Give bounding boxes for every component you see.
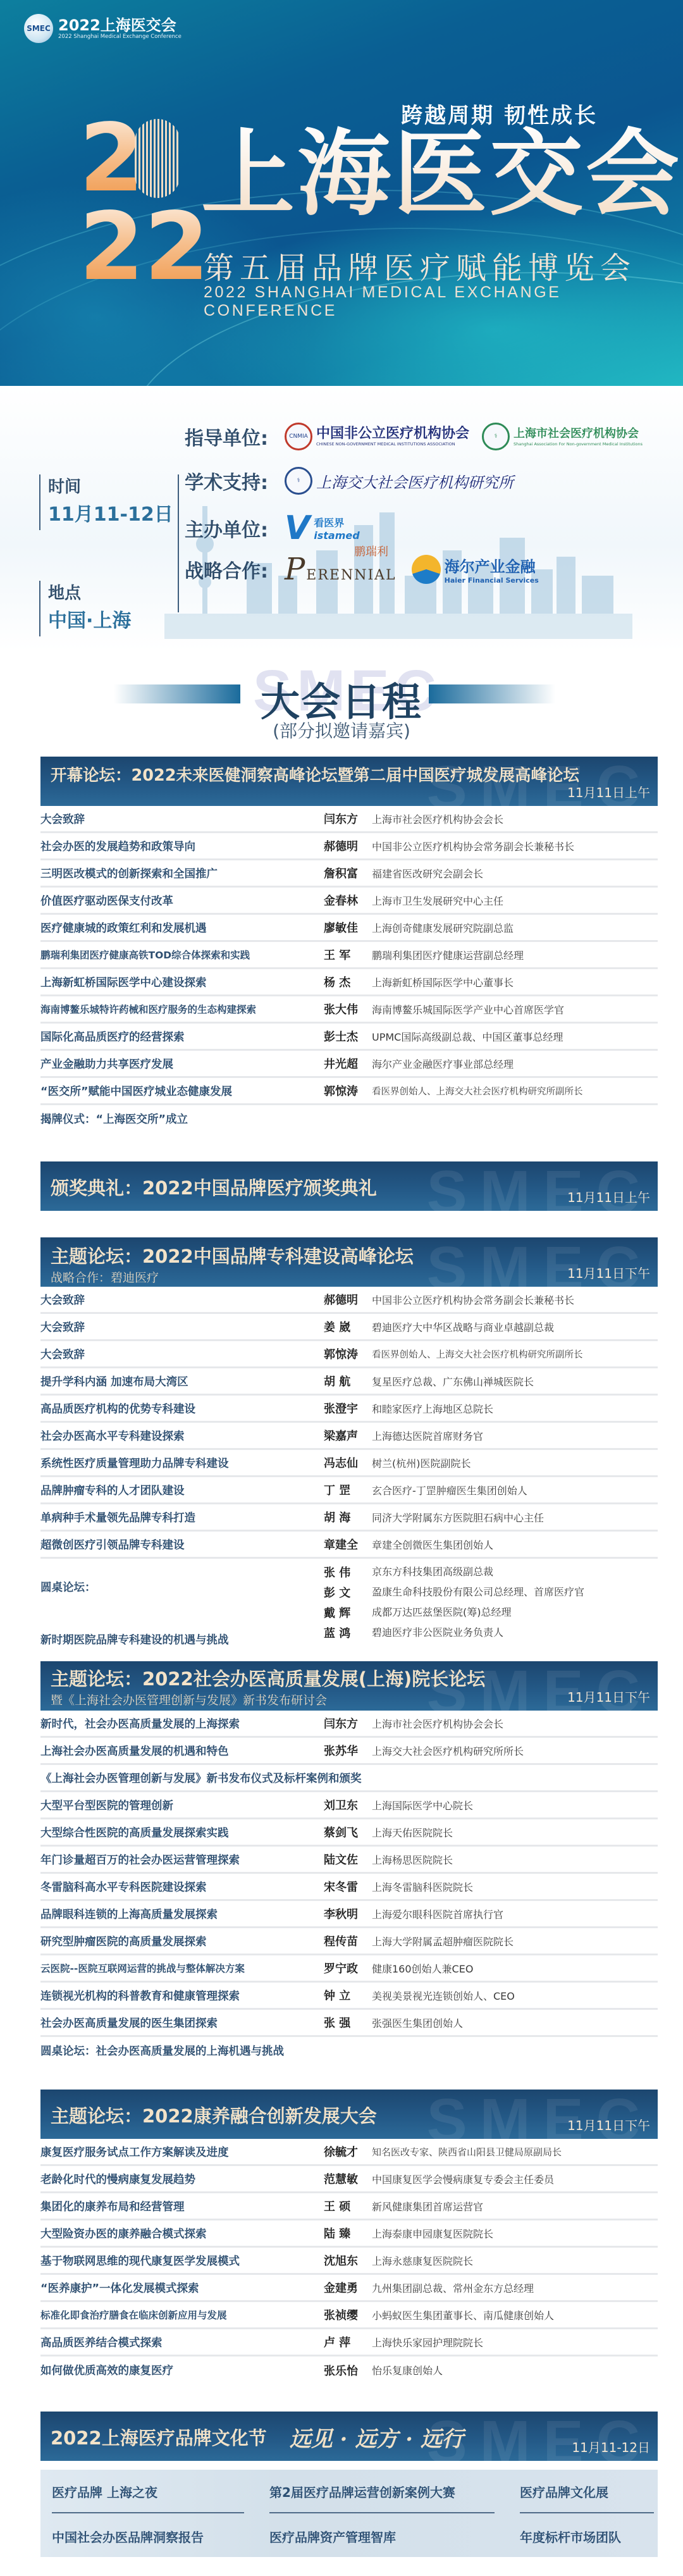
speaker-title: 成都万达匹兹堡医院(筹)总经理: [372, 1604, 512, 1621]
topic: 上海新虹桥国际医学中心建设探索: [40, 974, 324, 990]
agenda-row: 新时代，社会办医高质量发展的上海探索闫东方上海市社会医疗机构协会会长: [40, 1711, 658, 1738]
agenda-row: 年门诊量超百万的社会办医运营管理探索陆文佐上海杨思医院院长: [40, 1847, 658, 1874]
topic: 连锁视光机构的科普教育和健康管理探索: [40, 1988, 324, 2003]
festival-item: 医疗品牌文化展: [520, 2482, 654, 2513]
topic: 超微创医疗引领品牌专科建设: [40, 1537, 324, 1552]
speaker-name: 李秋明: [324, 1905, 372, 1922]
topic: 鹏瑞利集团医疗健康高铁TOD综合体探索和实践: [40, 948, 324, 962]
speaker-name: 张澄宇: [324, 1400, 372, 1416]
speaker-title: 鹏瑞利集团医疗健康运营副总经理: [372, 948, 524, 962]
topic: “医养康护”一体化发展模式探索: [40, 2280, 324, 2296]
speaker-title: 张强医生集团创始人: [372, 2016, 463, 2030]
speaker-title: 中国非公立医疗机构协会常务副会长兼秘书长: [372, 839, 574, 853]
section-header: SMEC 主题论坛：2022社会办医高质量发展(上海)院长论坛 暨《上海社会办医…: [40, 1661, 658, 1711]
topic: 社会办医高质量发展的医生集团探索: [40, 2015, 324, 2031]
guidance-label: 指导单位:: [185, 423, 278, 450]
org-name: 鹏瑞利: [354, 543, 388, 559]
speaker-title: 章建全创微医生集团创始人: [372, 1537, 493, 1552]
section-header: SMEC 主题论坛：2022中国品牌专科建设高峰论坛 战略合作：碧迪医疗 11月…: [40, 1237, 658, 1287]
speaker-name: 蔡剑飞: [324, 1824, 372, 1840]
agenda-row: 超微创医疗引领品牌专科建设章建全章建全创微医生集团创始人: [40, 1532, 658, 1559]
topic: 大型综合性医院的高质量发展探索实践: [40, 1824, 324, 1840]
topic: 集团化的康养布局和经营管理: [40, 2198, 324, 2214]
speaker-name: 程传苗: [324, 1933, 372, 1949]
striped-zero-icon: [135, 119, 180, 198]
place-label: 地点: [48, 581, 173, 606]
topic: 《上海社会办医管理创新与发展》新书发布仪式及标杆案例和颁奖: [40, 1770, 362, 1786]
speaker-name: 罗宁政: [324, 1960, 372, 1976]
speaker-title: 看医界创始人、上海交大社会医疗机构研究所副所长: [372, 1084, 583, 1098]
agenda-row: 连锁视光机构的科普教育和健康管理探索钟 立美视美景视光连锁创始人、CEO: [40, 1983, 658, 2010]
section-rehab-forum: SMEC 主题论坛：2022康养融合创新发展大会 11月11日下午 康复医疗服务…: [40, 2090, 658, 2384]
speaker-title: 碧迪医疗大中华区战略与商业卓越副总裁: [372, 1320, 554, 1334]
section-subtitle: 战略合作：碧迪医疗: [51, 1268, 648, 1285]
festival-item: 医疗品牌资产管理智库: [269, 2527, 495, 2557]
topic: 新时代，社会办医高质量发展的上海探索: [40, 1716, 324, 1731]
speaker-title: 盈康生命科技股份有限公司总经理、首席医疗官: [372, 1584, 584, 1601]
agenda-row: 高品质医养结合模式探索卢 萍上海快乐家园护理院院长: [40, 2329, 658, 2356]
speaker-title: 上海永慈康复医院院长: [372, 2253, 473, 2268]
speaker-name: 彭士杰: [324, 1028, 372, 1044]
speaker-title: 同济大学附属东方医院胆石病中心主任: [372, 1510, 544, 1525]
conference-logo: SMEC 2022上海医交会 2022 Shanghai Medical Exc…: [24, 14, 182, 43]
speaker-name: 张 强: [324, 2014, 372, 2031]
speaker-title: 健康160创始人兼CEO: [372, 1961, 473, 1976]
hero-banner: SMEC 2022上海医交会 2022 Shanghai Medical Exc…: [0, 0, 683, 386]
section-brand-festival: SMEC 2022上海医疗品牌文化节 远见 · 远方 · 远行 11月11-12…: [40, 2412, 658, 2557]
section-dean-forum: SMEC 主题论坛：2022社会办医高质量发展(上海)院长论坛 暨《上海社会办医…: [40, 1661, 658, 2064]
academic-support: 学术支持: ⚕ 上海交大社会医疗机构研究所: [185, 467, 514, 495]
agenda-row: 大会致辞郝德明中国非公立医疗机构协会常务副会长兼秘书长: [40, 1287, 658, 1314]
topic: 年门诊量超百万的社会办医运营管理探索: [40, 1852, 324, 1867]
org-english-name: CHINESE NON-GOVERNMENT MEDICAL INSTITUTI…: [316, 442, 469, 447]
panelist-list: 张 伟京东方科技集团高级副总裁 彭 文盈康生命科技股份有限公司总经理、首席医疗官…: [324, 1564, 584, 1641]
agenda-row: 社会办医的发展趋势和政策导向郝德明中国非公立医疗机构协会常务副会长兼秘书长: [40, 833, 658, 860]
agenda-row: 大会致辞闫东方上海市社会医疗机构协会会长: [40, 806, 658, 833]
topic: 大型平台型医院的管理创新: [40, 1797, 324, 1813]
institute-seal-icon: ⚕: [285, 467, 312, 495]
speaker-name: 胡 海: [324, 1509, 372, 1525]
speaker-title: 福建省医改研究会副会长: [372, 866, 483, 881]
speaker-title: 上海天佑医院院长: [372, 1825, 453, 1840]
speaker-name: 张祯缨: [324, 2307, 372, 2323]
speaker-name: 詹积富: [324, 865, 372, 881]
section-date: 11月11日上午: [567, 783, 650, 801]
host-label: 主办单位:: [185, 514, 278, 542]
topic: 大型险资办医的康养融合模式探索: [40, 2226, 324, 2241]
agenda-row: 《上海社会办医管理创新与发展》新书发布仪式及标杆案例和颁奖: [40, 1765, 658, 1792]
org-english-name: Shanghai Association For Non-government …: [514, 442, 643, 447]
section-date: 11月11日下午: [567, 2115, 650, 2134]
section-date: 11月11-12日: [572, 2437, 650, 2456]
speaker-title: 碧迪医疗非公医院业务负责人: [372, 1625, 503, 1641]
speaker-name: 姜 崴: [324, 1318, 372, 1335]
agenda-row: “医养康护”一体化发展模式探索金建勇九州集团副总裁、常州金东方总经理: [40, 2275, 658, 2302]
org-english-name: Haier Financial Services: [445, 576, 539, 585]
festival-item: 中国社会办医品牌洞察报告: [52, 2527, 244, 2557]
agenda-row: 揭牌仪式：“上海医交所”成立: [40, 1105, 658, 1132]
org-perennial: PERENNIAL 鹏瑞利: [285, 552, 397, 587]
speaker-title: 京东方科技集团高级副总裁: [372, 1564, 493, 1580]
topic: 冬雷脑科高水平专科医院建设探索: [40, 1879, 324, 1895]
agenda-row: 海南博鳌乐城特许药械和医疗服务的生态构建探索张大伟海南博鳌乐城国际医学产业中心首…: [40, 996, 658, 1024]
topic: 大会致辞: [40, 1346, 324, 1362]
speaker-name: 张乐怡: [324, 2362, 372, 2379]
agenda-list: 新时代，社会办医高质量发展的上海探索闫东方上海市社会医疗机构协会会长 上海社会办…: [40, 1711, 658, 2064]
topic: “医交所”赋能中国医疗城业态健康发展: [40, 1083, 324, 1099]
agenda-row: 大会致辞姜 崴碧迪医疗大中华区战略与商业卓越副总裁: [40, 1314, 658, 1341]
org-name: 中国非公立医疗机构协会: [316, 426, 469, 442]
agenda-row: 价值医疗驱动医保支付改革金春林上海市卫生发展研究中心主任: [40, 888, 658, 915]
panelist: 彭 文盈康生命科技股份有限公司总经理、首席医疗官: [324, 1584, 584, 1601]
speaker-name: 梁嘉声: [324, 1427, 372, 1444]
speaker-name: 冯志仙: [324, 1454, 372, 1471]
section-awards: SMEC 颁奖典礼：2022中国品牌医疗颁奖典礼 11月11日上午: [40, 1161, 658, 1211]
speaker-name: 徐毓才: [324, 2143, 372, 2160]
speaker-title: 复星医疗总裁、广东佛山禅城医院长: [372, 1374, 534, 1389]
speaker-title: 玄合医疗-丁罡肿瘤医生集团创始人: [372, 1483, 527, 1497]
org-english-name: ERENNIAL: [306, 567, 396, 583]
speaker-title: 九州集团副总裁、常州金东方总经理: [372, 2281, 534, 2295]
perennial-p-icon: P: [285, 552, 306, 587]
speaker-name: 沈旭东: [324, 2252, 372, 2269]
topic: 圆桌论坛：社会办医高质量发展的上海机遇与挑战: [40, 2043, 284, 2059]
agenda-row: 品牌眼科连锁的上海高质量发展探索李秋明上海爱尔眼科医院首席执行官: [40, 1901, 658, 1928]
agenda-list: 康复医疗服务试点工作方案解读及进度徐毓才知名医改专家、陕西省山阳县卫健局原副局长…: [40, 2139, 658, 2384]
org-name: 海尔产业金融: [445, 554, 539, 576]
topic: 云医院--医院互联网运营的挑战与整体解决方案: [40, 1961, 324, 1975]
topic: 海南博鳌乐城特许药械和医疗服务的生态构建探索: [40, 1002, 324, 1016]
agenda-row: 研究型肿瘤医院的高质量发展探索程传苗上海大学附属孟超肿瘤医院院长: [40, 1928, 658, 1955]
agenda-row: 上海新虹桥国际医学中心建设探索杨 杰上海新虹桥国际医学中心董事长: [40, 969, 658, 996]
agenda-row: 国际化高品质医疗的经营探索彭士杰UPMC国际高级副总裁、中国区董事总经理: [40, 1024, 658, 1051]
section-title: 主题论坛：2022社会办医高质量发展(上海)院长论坛: [51, 1665, 648, 1691]
speaker-title: 上海新虹桥国际医学中心董事长: [372, 975, 514, 989]
topic: 老龄化时代的慢病康复发展趋势: [40, 2171, 324, 2187]
speaker-name: 张苏华: [324, 1742, 372, 1759]
guidance-units: 指导单位: CNMIA 中国非公立医疗机构协会 CHINESE NON-GOVE…: [185, 423, 643, 450]
roundtable-row: 圆桌论坛： 新时期医院品牌专科建设的机遇与挑战 张 伟京东方科技集团高级副总裁 …: [40, 1559, 658, 1656]
agenda-row: 品牌肿瘤专科的人才团队建设丁 罡玄合医疗-丁罡肿瘤医生集团创始人: [40, 1477, 658, 1504]
speaker-title: 上海杨思医院院长: [372, 1852, 453, 1867]
cnmia-seal-icon: CNMIA: [285, 423, 312, 450]
section-header: SMEC 颁奖典礼：2022中国品牌医疗颁奖典礼 11月11日上午: [40, 1161, 658, 1211]
sub-title: 第五届品牌医疗赋能博览会: [204, 244, 636, 287]
topic: 医疗健康城的政策红利和发展机遇: [40, 920, 324, 936]
agenda-row: 鹏瑞利集团医疗健康高铁TOD综合体探索和实践王 军鹏瑞利集团医疗健康运营副总经理: [40, 942, 658, 969]
panelist: 张 伟京东方科技集团高级副总裁: [324, 1564, 584, 1580]
place-block: 地点 中国·上海: [39, 581, 173, 636]
section-opening-forum: SMEC 开幕论坛：2022未来医健洞察高峰论坛暨第二届中国医疗城发展高峰论坛 …: [40, 757, 658, 1132]
festival-slogan: 远见 · 远方 · 远行: [290, 2422, 464, 2453]
festival-item: 医疗品牌 上海之夜: [52, 2482, 244, 2513]
festival-item: 第2届医疗品牌运营创新案例大赛: [269, 2482, 495, 2513]
speaker-title: 怡乐复康创始人: [372, 2363, 443, 2377]
speaker-name: 闫东方: [324, 810, 372, 827]
main-title: 上海医交会: [201, 120, 682, 228]
topic: 标准化即食治疗膳食在临床创新应用与发展: [40, 2308, 324, 2322]
panelist: 戴 辉成都万达匹兹堡医院(筹)总经理: [324, 1604, 584, 1621]
speaker-title: 看医界创始人、上海交大社会医疗机构研究所副所长: [372, 1347, 583, 1361]
speaker-name: 郭惊涛: [324, 1082, 372, 1099]
speaker-name: 郭惊涛: [324, 1346, 372, 1362]
speaker-name: 郝德明: [324, 1291, 372, 1308]
speaker-name: 廖敏佳: [324, 919, 372, 936]
org-english-name: istamed: [314, 529, 359, 542]
topic: 基于物联网思维的现代康复医学发展模式: [40, 2253, 324, 2269]
org-vistamed: V 看医界 istamed: [285, 512, 360, 544]
section-header: SMEC 主题论坛：2022康养融合创新发展大会 11月11日下午: [40, 2090, 658, 2139]
agenda-row: 三明医改模式的创新探索和全国推广詹积富福建省医改研究会副会长: [40, 860, 658, 888]
agenda-row: 产业金融助力共享医疗发展井光超海尔产业金融医疗事业部总经理: [40, 1051, 658, 1078]
speaker-name: 胡 航: [324, 1373, 372, 1389]
speaker-title: 上海泰康申园康复医院院长: [372, 2226, 493, 2241]
section-header: SMEC 开幕论坛：2022未来医健洞察高峰论坛暨第二届中国医疗城发展高峰论坛 …: [40, 757, 658, 806]
agenda-row: 上海社会办医高质量发展的机遇和特色张苏华上海交大社会医疗机构研究所所长: [40, 1738, 658, 1765]
speaker-name: 闫东方: [324, 1715, 372, 1731]
speaker-title: 上海市社会医疗机构协会会长: [372, 1716, 503, 1731]
agenda-row: 高品质医疗机构的优势专科建设张澄宇和睦家医疗上海地区总院长: [40, 1396, 658, 1423]
topic: 康复医疗服务试点工作方案解读及进度: [40, 2144, 324, 2160]
speaker-name: 章建全: [324, 1536, 372, 1552]
topic: 大会致辞: [40, 1319, 324, 1335]
agenda-row: 提升学科内涵 加速布局大湾区胡 航复星医疗总裁、广东佛山禅城医院长: [40, 1368, 658, 1396]
speaker-name: 王 硕: [324, 2198, 372, 2214]
speaker-name: 陆文佐: [324, 1851, 372, 1867]
section-subtitle: 暨《上海社会办医管理创新与发展》新书发布研讨会: [51, 1691, 648, 1708]
agenda-row: 大型平台型医院的管理创新刘卫东上海国际医学中心院长: [40, 1792, 658, 1819]
speaker-title: 上海德达医院首席财务官: [372, 1428, 483, 1443]
strategic-partners: 战略合作: PERENNIAL 鹏瑞利 海尔产业金融 Haier Financi…: [185, 552, 539, 587]
topic: 大会致辞: [40, 811, 324, 827]
speaker-title: 和睦家医疗上海地区总院长: [372, 1401, 493, 1416]
speaker-name: 丁 罡: [324, 1482, 372, 1498]
speaker-title: 海南博鳌乐城国际医学产业中心首席医学官: [372, 1002, 564, 1017]
section-header: SMEC 2022上海医疗品牌文化节 远见 · 远方 · 远行 11月11-12…: [40, 2412, 658, 2461]
agenda-row: 基于物联网思维的现代康复医学发展模式沈旭东上海永慈康复医院院长: [40, 2248, 658, 2275]
topic: 如何做优质高效的康复医疗: [40, 2362, 324, 2378]
speaker-title: 上海市社会医疗机构协会会长: [372, 812, 503, 826]
festival-item: 年度标杆市场团队: [520, 2527, 654, 2557]
topic: 国际化高品质医疗的经营探索: [40, 1029, 324, 1044]
caduceus-seal-icon: ⚕: [482, 423, 510, 450]
speaker-name: 范慧敏: [324, 2170, 372, 2187]
speaker-title: 小蚂蚁医生集团董事长、南瓜健康创始人: [372, 2308, 554, 2322]
agenda-list: 大会致辞郝德明中国非公立医疗机构协会常务副会长兼秘书长 大会致辞姜 崴碧迪医疗大…: [40, 1287, 658, 1656]
speaker-name: 戴 辉: [324, 1604, 372, 1621]
agenda-list: 大会致辞闫东方上海市社会医疗机构协会会长 社会办医的发展趋势和政策导向郝德明中国…: [40, 806, 658, 1132]
topic: 提升学科内涵 加速布局大湾区: [40, 1373, 324, 1389]
topic: 上海社会办医高质量发展的机遇和特色: [40, 1743, 324, 1759]
speaker-title: 上海爱尔眼科医院首席执行官: [372, 1907, 503, 1921]
speaker-name: 彭 文: [324, 1584, 372, 1601]
speaker-title: 中国非公立医疗机构协会常务副会长兼秘书长: [372, 1292, 574, 1307]
speaker-title: 美视美景视光连锁创始人、CEO: [372, 1988, 515, 2003]
topic: 系统性医疗质量管理助力品牌专科建设: [40, 1455, 324, 1471]
section-title: 颁奖典礼：2022中国品牌医疗颁奖典礼: [51, 1174, 648, 1200]
host-unit: 主办单位: V 看医界 istamed: [185, 512, 360, 544]
year-digits-bottom: 22: [79, 202, 209, 291]
vistamed-v-icon: V: [285, 512, 310, 544]
speaker-name: 杨 杰: [324, 974, 372, 990]
agenda-row: 大型险资办医的康养融合模式探索陆 臻上海泰康申园康复医院院长: [40, 2220, 658, 2248]
speaker-title: 新风健康集团首席运营官: [372, 2199, 483, 2214]
topic: 高品质医养结合模式探索: [40, 2334, 324, 2350]
speaker-name: 陆 臻: [324, 2225, 372, 2241]
org-sjtu-institute: ⚕ 上海交大社会医疗机构研究所: [285, 467, 514, 495]
section-title: 开幕论坛：2022未来医健洞察高峰论坛暨第二届中国医疗城发展高峰论坛: [51, 763, 648, 786]
section-specialty-forum: SMEC 主题论坛：2022中国品牌专科建设高峰论坛 战略合作：碧迪医疗 11月…: [40, 1237, 658, 1656]
agenda-row: 社会办医高质量发展的医生集团探索张 强张强医生集团创始人: [40, 2010, 658, 2037]
speaker-title: 树兰(杭州)医院副院长: [372, 1456, 471, 1470]
section-date: 11月11日下午: [567, 1687, 650, 1706]
topic: 揭牌仪式：“上海医交所”成立: [40, 1111, 188, 1127]
speaker-title: 上海市卫生发展研究中心主任: [372, 893, 503, 908]
speaker-title: 上海快乐家园护理院院长: [372, 2335, 483, 2350]
speaker-name: 王 军: [324, 946, 372, 963]
speaker-name: 金建勇: [324, 2279, 372, 2296]
agenda-row: 标准化即食治疗膳食在临床创新应用与发展张祯缨小蚂蚁医生集团董事长、南瓜健康创始人: [40, 2302, 658, 2329]
org-haier-financial: 海尔产业金融 Haier Financial Services: [412, 554, 539, 585]
time-label: 时间: [48, 474, 173, 500]
speaker-name: 金春林: [324, 892, 372, 908]
academic-label: 学术支持:: [185, 467, 278, 495]
speaker-name: 郝德明: [324, 838, 372, 854]
agenda-row: 大型综合性医院的高质量发展探索实践蔡剑飞上海天佑医院院长: [40, 1819, 658, 1847]
topic: 社会办医的发展趋势和政策导向: [40, 838, 324, 854]
english-title: 2022 SHANGHAI MEDICAL EXCHANGE CONFERENC…: [204, 283, 683, 320]
agenda-row: 康复医疗服务试点工作方案解读及进度徐毓才知名医改专家、陕西省山阳县卫健局原副局长: [40, 2139, 658, 2166]
topic: 品牌肿瘤专科的人才团队建设: [40, 1482, 324, 1498]
speaker-name: 井光超: [324, 1055, 372, 1072]
speaker-title: UPMC国际高级副总裁、中国区董事总经理: [372, 1029, 563, 1044]
speaker-name: 张大伟: [324, 1001, 372, 1017]
globe-logo-icon: SMEC: [24, 14, 53, 43]
topic: 社会办医高水平专科建设探索: [40, 1428, 324, 1444]
time-value: 11月11-12日: [48, 500, 173, 530]
haier-logo-icon: [412, 555, 441, 584]
agenda-row: 集团化的康养布局和经营管理王 硕新风健康集团首席运营官: [40, 2193, 658, 2220]
speaker-name: 蓝 鸿: [324, 1625, 372, 1641]
topic: 单病种手术量领先品牌专科打造: [40, 1509, 324, 1525]
speaker-name: 卢 萍: [324, 2334, 372, 2350]
speaker-title: 上海国际医学中心院长: [372, 1798, 473, 1812]
logo-title: 2022上海医交会: [58, 17, 182, 34]
speaker-title: 上海冬雷脑科医院院长: [372, 1879, 473, 1894]
org-cnmia: CNMIA 中国非公立医疗机构协会 CHINESE NON-GOVERNMENT…: [285, 423, 469, 450]
agenda-row: 云医院--医院互联网运营的挑战与整体解决方案罗宁政健康160创始人兼CEO: [40, 1955, 658, 1983]
agenda-row: 冬雷脑科高水平专科医院建设探索宋冬雷上海冬雷脑科医院院长: [40, 1874, 658, 1901]
org-name: 看医界: [314, 515, 359, 529]
roundtable-label: 圆桌论坛：: [40, 1579, 324, 1595]
agenda-row: 如何做优质高效的康复医疗张乐怡怡乐复康创始人: [40, 2356, 658, 2384]
section-date: 11月11日下午: [567, 1263, 650, 1282]
roundtable-topic: 新时期医院品牌专科建设的机遇与挑战: [40, 1632, 324, 1647]
agenda-row: “医交所”赋能中国医疗城业态健康发展郭惊涛看医界创始人、上海交大社会医疗机构研究…: [40, 1078, 658, 1105]
festival-activities: 医疗品牌 上海之夜 第2届医疗品牌运营创新案例大赛 医疗品牌文化展 中国社会办医…: [40, 2470, 658, 2557]
agenda-row: 系统性医疗质量管理助力品牌专科建设冯志仙树兰(杭州)医院副院长: [40, 1450, 658, 1477]
section-title: 主题论坛：2022中国品牌专科建设高峰论坛: [51, 1242, 648, 1268]
panelist: 蓝 鸿碧迪医疗非公医院业务负责人: [324, 1625, 584, 1641]
agenda-row: 圆桌论坛：社会办医高质量发展的上海机遇与挑战: [40, 2037, 658, 2064]
section-title: 主题论坛：2022康养融合创新发展大会: [51, 2102, 648, 2128]
speaker-name: 宋冬雷: [324, 1878, 372, 1895]
event-info: 时间 11月11-12日 地点 中国·上海 指导单位: CNMIA 中国非公立医…: [0, 386, 683, 652]
speaker-title: 上海大学附属孟超肿瘤医院院长: [372, 1934, 514, 1948]
logo-subtitle: 2022 Shanghai Medical Exchange Conferenc…: [58, 34, 182, 40]
festival-title: 2022上海医疗品牌文化节: [51, 2424, 267, 2450]
speaker-title: 上海创奇健康发展研究院副总监: [372, 920, 514, 935]
topic: 三明医改模式的创新探索和全国推广: [40, 865, 324, 881]
speaker-title: 知名医改专家、陕西省山阳县卫健局原副局长: [372, 2145, 562, 2158]
agenda-row: 单病种手术量领先品牌专科打造胡 海同济大学附属东方医院胆石病中心主任: [40, 1504, 658, 1532]
speaker-title: 上海交大社会医疗机构研究所所长: [372, 1743, 524, 1758]
speaker-name: 钟 立: [324, 1987, 372, 2003]
agenda-row: 大会致辞郭惊涛看医界创始人、上海交大社会医疗机构研究所副所长: [40, 1341, 658, 1368]
topic: 产业金融助力共享医疗发展: [40, 1056, 324, 1072]
org-name: 上海交大社会医疗机构研究所: [316, 470, 514, 492]
speaker-name: 张 伟: [324, 1564, 372, 1580]
topic: 研究型肿瘤医院的高质量发展探索: [40, 1933, 324, 1949]
section-date: 11月11日上午: [567, 1187, 650, 1206]
speaker-name: 刘卫东: [324, 1797, 372, 1813]
topic: 高品质医疗机构的优势专科建设: [40, 1401, 324, 1416]
topic: 大会致辞: [40, 1292, 324, 1308]
org-shanghai-association: ⚕ 上海市社会医疗机构协会 Shanghai Association For N…: [482, 423, 643, 450]
org-name: 上海市社会医疗机构协会: [514, 426, 643, 442]
topic: 品牌眼科连锁的上海高质量发展探索: [40, 1906, 324, 1922]
agenda-row: 社会办医高水平专科建设探索梁嘉声上海德达医院首席财务官: [40, 1423, 658, 1450]
strategic-label: 战略合作:: [185, 555, 278, 583]
topic: 价值医疗驱动医保支付改革: [40, 893, 324, 908]
speaker-title: 海尔产业金融医疗事业部总经理: [372, 1056, 514, 1071]
time-block: 时间 11月11-12日: [39, 474, 173, 530]
year-graphic: 2 22: [79, 114, 187, 291]
agenda-heading: SMEC 大会日程 (部分拟邀请嘉宾): [0, 645, 683, 740]
vertical-divider: [178, 474, 179, 612]
agenda-row: 医疗健康城的政策红利和发展机遇廖敏佳上海创奇健康发展研究院副总监: [40, 915, 658, 942]
speaker-title: 中国康复医学会慢病康复专委会主任委员: [372, 2172, 554, 2186]
agenda-row: 老龄化时代的慢病康复发展趋势范慧敏中国康复医学会慢病康复专委会主任委员: [40, 2166, 658, 2193]
agenda-note: (部分拟邀请嘉宾): [0, 717, 683, 743]
place-value: 中国·上海: [48, 606, 173, 636]
